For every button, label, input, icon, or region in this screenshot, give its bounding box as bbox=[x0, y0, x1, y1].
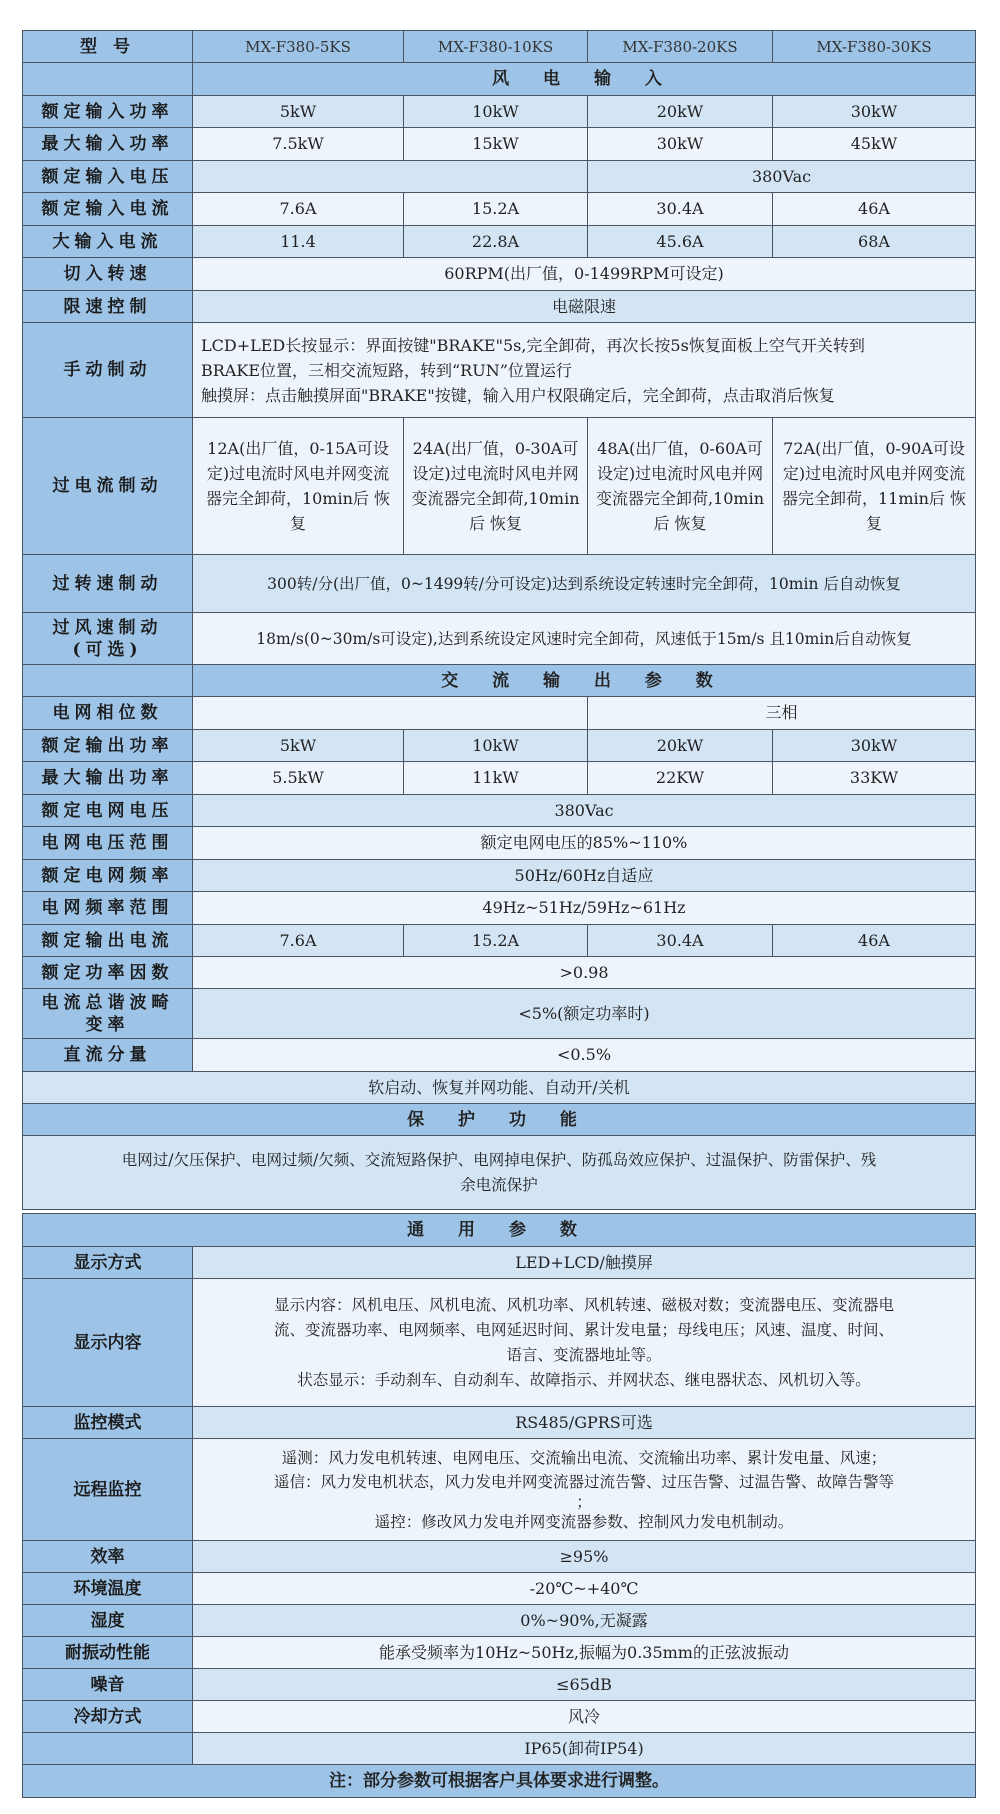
row-label: 显示内容 bbox=[23, 1279, 193, 1407]
row-label: 耐振动性能 bbox=[23, 1637, 193, 1669]
row-label: 噪音 bbox=[23, 1669, 193, 1701]
model-label: 型 号 bbox=[23, 31, 193, 63]
note-row: 注：部分参数可根据客户具体要求进行调整。 bbox=[23, 1765, 976, 1798]
cell-value: 24A(出厂值，0-30A可设定)过电流时风电并网变流器完全卸荷,10min后 … bbox=[404, 418, 588, 555]
efficiency-row: 效率 ≥95% bbox=[23, 1541, 976, 1573]
rated-input-power-row: 额定输入功率 5kW 10kW 20kW 30kW bbox=[23, 96, 976, 128]
row-label: 额定电网电压 bbox=[23, 795, 193, 827]
vibration-row: 耐振动性能 能承受频率为10Hz~50Hz,振幅为0.35mm的正弦波振动 bbox=[23, 1637, 976, 1669]
row-label: 效率 bbox=[23, 1541, 193, 1573]
rated-output-current-row: 额定输出电流 7.6A 15.2A 30.4A 46A bbox=[23, 925, 976, 957]
row-label: 过电流制动 bbox=[23, 418, 193, 555]
text-line: 流、变流器功率、电网频率、电网延迟时间、累计发电量；母线电压；风速、温度、时间、 bbox=[199, 1318, 969, 1343]
display-content-row: 显示内容 显示内容：风机电压、风机电流、风机功率、风机转速、磁极对数；变流器电压… bbox=[23, 1279, 976, 1407]
model-header-row: 型 号 MX-F380-5KS MX-F380-10KS MX-F380-20K… bbox=[23, 31, 976, 63]
cell-value: 49Hz~51Hz/59Hz~61Hz bbox=[193, 892, 976, 925]
row-label: 电网电压范围 bbox=[23, 827, 193, 860]
manual-brake-description: LCD+LED长按显示：界面按键"BRAKE"5s,完全卸荷，再次长按5s恢复面… bbox=[193, 323, 976, 418]
row-label: 远程监控 bbox=[23, 1439, 193, 1541]
text-line: 遥测：风力发电机转速、电网电压、交流输出电流、交流输出功率、累计发电量、风速； bbox=[199, 1446, 969, 1470]
row-label: 电流总谐波畸 变率 bbox=[23, 989, 193, 1039]
speed-limit-control-row: 限速控制 电磁限速 bbox=[23, 291, 976, 323]
cell-value: 5kW bbox=[193, 96, 404, 128]
row-label: 手动制动 bbox=[23, 323, 193, 418]
cell-value: 10kW bbox=[404, 96, 588, 128]
row-label: 冷却方式 bbox=[23, 1701, 193, 1733]
row-label: 额定功率因数 bbox=[23, 957, 193, 989]
rated-output-power-row: 额定输出功率 5kW 10kW 20kW 30kW bbox=[23, 730, 976, 762]
cell-value: 50Hz/60Hz自适应 bbox=[193, 860, 976, 892]
rated-power-factor-row: 额定功率因数 >0.98 bbox=[23, 957, 976, 989]
cell-value: RS485/GPRS可选 bbox=[193, 1407, 976, 1439]
general-section-title: 通 用 参 数 bbox=[23, 1214, 976, 1247]
cell-value: <0.5% bbox=[193, 1039, 976, 1072]
cell-value: 18m/s(0~30m/s可设定),达到系统设定风速时完全卸荷，风速低于15m/… bbox=[193, 613, 976, 665]
remote-monitor-row: 远程监控 遥测：风力发电机转速、电网电压、交流输出电流、交流输出功率、累计发电量… bbox=[23, 1439, 976, 1541]
cell-value: 电磁限速 bbox=[193, 291, 976, 323]
model-10ks: MX-F380-10KS bbox=[404, 31, 588, 63]
row-label: 电网相位数 bbox=[23, 697, 193, 730]
label-line: 变率 bbox=[29, 1014, 186, 1036]
text-line: 遥控：修改风力发电并网变流器参数、控制风力发电机制动。 bbox=[199, 1510, 969, 1534]
cell-value-empty bbox=[193, 697, 588, 730]
row-label: 大输入电流 bbox=[23, 226, 193, 258]
dc-component-row: 直流分量 <0.5% bbox=[23, 1039, 976, 1072]
note-text: 注：部分参数可根据客户具体要求进行调整。 bbox=[23, 1765, 976, 1798]
row-label: 额定输入功率 bbox=[23, 96, 193, 128]
row-label: 额定输出电流 bbox=[23, 925, 193, 957]
cell-value: ≤65dB bbox=[193, 1669, 976, 1701]
text-line: 语言、变流器地址等。 bbox=[199, 1343, 969, 1368]
model-20ks: MX-F380-20KS bbox=[588, 31, 773, 63]
grid-voltage-range-row: 电网电压范围 额定电网电压的85%~110% bbox=[23, 827, 976, 860]
label-line: 电流总谐波畸 bbox=[29, 992, 186, 1014]
cell-value: 20kW bbox=[588, 96, 773, 128]
rated-grid-voltage-row: 额定电网电压 380Vac bbox=[23, 795, 976, 827]
cell-value: 33KW bbox=[773, 762, 976, 795]
cell-value: 10kW bbox=[404, 730, 588, 762]
row-label: 额定输入电流 bbox=[23, 193, 193, 226]
cell-value: 22.8A bbox=[404, 226, 588, 258]
cell-value: -20℃~+40℃ bbox=[193, 1573, 976, 1605]
cell-value: 60RPM(出厂值，0-1499RPM可设定) bbox=[193, 258, 976, 291]
label-line: (可选) bbox=[29, 639, 186, 661]
row-label: 切入转速 bbox=[23, 258, 193, 291]
row-label: 过转速制动 bbox=[23, 555, 193, 613]
cell-value: 380Vac bbox=[193, 795, 976, 827]
max-input-current-row: 大输入电流 11.4 22.8A 45.6A 68A bbox=[23, 226, 976, 258]
grid-phases-row: 电网相位数 三相 bbox=[23, 697, 976, 730]
cell-value: IP65(卸荷IP54) bbox=[193, 1733, 976, 1765]
cell-value: >0.98 bbox=[193, 957, 976, 989]
overwind-brake-row: 过风速制动 (可选) 18m/s(0~30m/s可设定),达到系统设定风速时完全… bbox=[23, 613, 976, 665]
overcurrent-brake-row: 过电流制动 12A(出厂值，0-15A可设定)过电流时风电并网变流器完全卸荷，1… bbox=[23, 418, 976, 555]
features-text: 软启动、恢复并网功能、自动开/关机 bbox=[23, 1072, 976, 1104]
remote-monitor-description: 遥测：风力发电机转速、电网电压、交流输出电流、交流输出功率、累计发电量、风速； … bbox=[193, 1439, 976, 1541]
cell-value: 风冷 bbox=[193, 1701, 976, 1733]
cell-value: 15.2A bbox=[404, 925, 588, 957]
overspeed-brake-row: 过转速制动 300转/分(出厂值，0~1499转/分可设定)达到系统设定转速时完… bbox=[23, 555, 976, 613]
label-line: 过风速制动 bbox=[29, 617, 186, 639]
noise-row: 噪音 ≤65dB bbox=[23, 1669, 976, 1701]
text-line: 电网过/欠压保护、电网过频/欠频、交流短路保护、电网掉电保护、防孤岛效应保护、过… bbox=[29, 1148, 969, 1173]
cell-value: 380Vac bbox=[588, 161, 976, 193]
protection-rating-row: IP65(卸荷IP54) bbox=[23, 1733, 976, 1765]
row-label-empty bbox=[23, 1733, 193, 1765]
protection-section-title: 保 护 功 能 bbox=[23, 1104, 976, 1136]
text-line: 显示内容：风机电压、风机电流、风机功率、风机转速、磁极对数；变流器电压、变流器电 bbox=[199, 1293, 969, 1318]
row-label: 过风速制动 (可选) bbox=[23, 613, 193, 665]
section-label-empty bbox=[23, 665, 193, 697]
max-output-power-row: 最大输出功率 5.5kW 11kW 22KW 33KW bbox=[23, 762, 976, 795]
general-section-row: 通 用 参 数 bbox=[23, 1214, 976, 1247]
row-label: 湿度 bbox=[23, 1605, 193, 1637]
cooling-row: 冷却方式 风冷 bbox=[23, 1701, 976, 1733]
cell-value: 30.4A bbox=[588, 925, 773, 957]
cell-value: 30kW bbox=[773, 730, 976, 762]
cell-value: 11.4 bbox=[193, 226, 404, 258]
grid-frequency-range-row: 电网频率范围 49Hz~51Hz/59Hz~61Hz bbox=[23, 892, 976, 925]
ac-output-section-row: 交 流 输 出 参 数 bbox=[23, 665, 976, 697]
row-label: 直流分量 bbox=[23, 1039, 193, 1072]
cell-value: 12A(出厂值，0-15A可设定)过电流时风电并网变流器完全卸荷，10min后 … bbox=[193, 418, 404, 555]
manual-brake-row: 手动制动 LCD+LED长按显示：界面按键"BRAKE"5s,完全卸荷，再次长按… bbox=[23, 323, 976, 418]
cell-value: 45kW bbox=[773, 128, 976, 161]
row-label: 额定输出功率 bbox=[23, 730, 193, 762]
cell-value: 68A bbox=[773, 226, 976, 258]
rated-input-current-row: 额定输入电流 7.6A 15.2A 30.4A 46A bbox=[23, 193, 976, 226]
row-label: 电网频率范围 bbox=[23, 892, 193, 925]
display-content-description: 显示内容：风机电压、风机电流、风机功率、风机转速、磁极对数；变流器电压、变流器电… bbox=[193, 1279, 976, 1407]
monitor-mode-row: 监控模式 RS485/GPRS可选 bbox=[23, 1407, 976, 1439]
cell-value: 三相 bbox=[588, 697, 976, 730]
features-row: 软启动、恢复并网功能、自动开/关机 bbox=[23, 1072, 976, 1104]
cell-value: 15.2A bbox=[404, 193, 588, 226]
spec-table: 型 号 MX-F380-5KS MX-F380-10KS MX-F380-20K… bbox=[22, 30, 976, 1210]
section-label-empty bbox=[23, 63, 193, 96]
row-label: 额定电网频率 bbox=[23, 860, 193, 892]
humidity-row: 湿度 0%~90%,无凝露 bbox=[23, 1605, 976, 1637]
cell-value: 额定电网电压的85%~110% bbox=[193, 827, 976, 860]
cell-value: 22KW bbox=[588, 762, 773, 795]
display-mode-row: 显示方式 LED+LCD/触摸屏 bbox=[23, 1247, 976, 1279]
cell-value: ≥95% bbox=[193, 1541, 976, 1573]
cell-value: 7.6A bbox=[193, 925, 404, 957]
protection-section-row: 保 护 功 能 bbox=[23, 1104, 976, 1136]
cell-value: 30kW bbox=[588, 128, 773, 161]
general-params-table: 通 用 参 数 显示方式 LED+LCD/触摸屏 显示内容 显示内容：风机电压、… bbox=[22, 1213, 976, 1798]
row-label: 额定输入电压 bbox=[23, 161, 193, 193]
wind-input-section-row: 风 电 输 入 bbox=[23, 63, 976, 96]
cell-value: 能承受频率为10Hz~50Hz,振幅为0.35mm的正弦波振动 bbox=[193, 1637, 976, 1669]
text-line: 状态显示：手动刹车、自动刹车、故障指示、并网状态、继电器状态、风机切入等。 bbox=[199, 1368, 969, 1393]
model-30ks: MX-F380-30KS bbox=[773, 31, 976, 63]
cell-value: 45.6A bbox=[588, 226, 773, 258]
row-label: 最大输入功率 bbox=[23, 128, 193, 161]
text-line: LCD+LED长按显示：界面按键"BRAKE"5s,完全卸荷，再次长按5s恢复面… bbox=[201, 333, 967, 358]
cell-value: 5.5kW bbox=[193, 762, 404, 795]
cell-value: 0%~90%,无凝露 bbox=[193, 1605, 976, 1637]
protection-body-row: 电网过/欠压保护、电网过频/欠频、交流短路保护、电网掉电保护、防孤岛效应保护、过… bbox=[23, 1136, 976, 1210]
text-line: BRAKE位置，三相交流短路，转到“RUN”位置运行 bbox=[201, 358, 967, 383]
thd-row: 电流总谐波畸 变率 <5%(额定功率时) bbox=[23, 989, 976, 1039]
cell-value: 15kW bbox=[404, 128, 588, 161]
cell-value: 30.4A bbox=[588, 193, 773, 226]
text-line: 余电流保护 bbox=[29, 1173, 969, 1198]
text-line: 触摸屏：点击触摸屏面"BRAKE"按键，输入用户权限确定后，完全卸荷，点击取消后… bbox=[201, 383, 967, 408]
cell-value: LED+LCD/触摸屏 bbox=[193, 1247, 976, 1279]
row-label: 监控模式 bbox=[23, 1407, 193, 1439]
row-label: 最大输出功率 bbox=[23, 762, 193, 795]
cell-value-empty bbox=[193, 161, 588, 193]
ambient-temp-row: 环境温度 -20℃~+40℃ bbox=[23, 1573, 976, 1605]
cell-value: <5%(额定功率时) bbox=[193, 989, 976, 1039]
rated-grid-frequency-row: 额定电网频率 50Hz/60Hz自适应 bbox=[23, 860, 976, 892]
row-label: 限速控制 bbox=[23, 291, 193, 323]
model-5ks: MX-F380-5KS bbox=[193, 31, 404, 63]
cell-value: 72A(出厂值，0-90A可设定)过电流时风电并网变流器完全卸荷，11min后 … bbox=[773, 418, 976, 555]
row-label: 环境温度 bbox=[23, 1573, 193, 1605]
text-line: ； bbox=[199, 1494, 969, 1510]
wind-input-section-title: 风 电 输 入 bbox=[193, 63, 976, 96]
cell-value: 20kW bbox=[588, 730, 773, 762]
cell-value: 11kW bbox=[404, 762, 588, 795]
row-label: 显示方式 bbox=[23, 1247, 193, 1279]
cell-value: 5kW bbox=[193, 730, 404, 762]
cell-value: 7.6A bbox=[193, 193, 404, 226]
cut-in-speed-row: 切入转速 60RPM(出厂值，0-1499RPM可设定) bbox=[23, 258, 976, 291]
cell-value: 30kW bbox=[773, 96, 976, 128]
cell-value: 46A bbox=[773, 193, 976, 226]
max-input-power-row: 最大输入功率 7.5kW 15kW 30kW 45kW bbox=[23, 128, 976, 161]
ac-output-section-title: 交 流 输 出 参 数 bbox=[193, 665, 976, 697]
rated-input-voltage-row: 额定输入电压 380Vac bbox=[23, 161, 976, 193]
text-line: 遥信：风力发电机状态，风力发电并网变流器过流告警、过压告警、过温告警、故障告警等 bbox=[199, 1470, 969, 1494]
cell-value: 46A bbox=[773, 925, 976, 957]
cell-value: 48A(出厂值，0-60A可设定)过电流时风电并网变流器完全卸荷,10min后 … bbox=[588, 418, 773, 555]
cell-value: 7.5kW bbox=[193, 128, 404, 161]
cell-value: 300转/分(出厂值，0~1499转/分可设定)达到系统设定转速时完全卸荷，10… bbox=[193, 555, 976, 613]
protection-text: 电网过/欠压保护、电网过频/欠频、交流短路保护、电网掉电保护、防孤岛效应保护、过… bbox=[23, 1136, 976, 1210]
